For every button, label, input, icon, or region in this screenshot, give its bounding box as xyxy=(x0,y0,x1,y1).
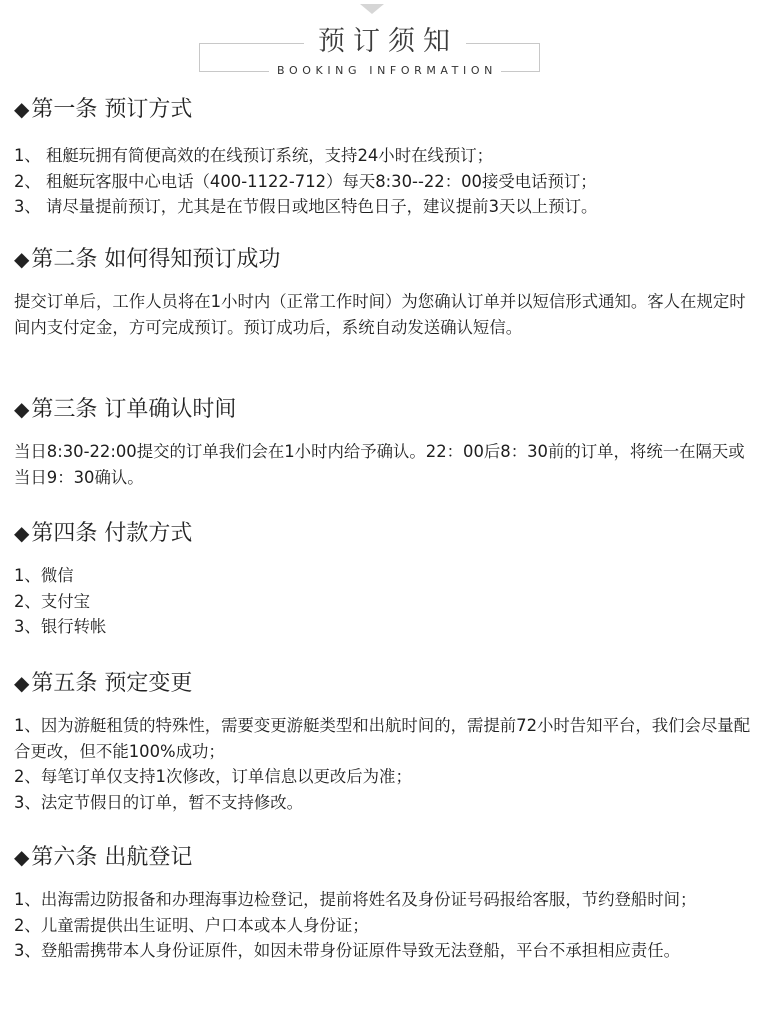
section-body: 提交订单后，工作人员将在1小时内（正常工作时间）为您确认订单并以短信形式通知。客… xyxy=(14,289,760,340)
paragraph: 提交订单后，工作人员将在1小时内（正常工作时间）为您确认订单并以短信形式通知。客… xyxy=(14,289,760,340)
list-item: 2、儿童需提供出生证明、户口本或本人身份证； xyxy=(14,913,760,939)
section-order-confirm-time: ◆第三条 订单确认时间 当日8:30-22:00提交的订单我们会在1小时内给予确… xyxy=(14,394,760,490)
page-subtitle: BOOKING INFORMATION xyxy=(0,64,770,78)
section-title: ◆第一条 预订方式 xyxy=(14,94,760,125)
section-title: ◆第六条 出航登记 xyxy=(14,842,760,873)
section-title-text: 第五条 预定变更 xyxy=(31,671,192,696)
list-item: 3、登船需携带本人身份证原件，如因未带身份证原件导致无法登船，平台不承担相应责任… xyxy=(14,938,760,964)
section-departure-registration: ◆第六条 出航登记 1、出海需边防报备和办理海事边检登记，提前将姓名及身份证号码… xyxy=(14,842,760,964)
diamond-bullet-icon: ◆ xyxy=(14,845,29,869)
section-title: ◆第四条 付款方式 xyxy=(14,518,760,549)
diamond-bullet-icon: ◆ xyxy=(14,97,29,121)
list-item: 1、出海需边防报备和办理海事边检登记，提前将姓名及身份证号码报给客服，节约登船时… xyxy=(14,887,760,913)
section-booking-changes: ◆第五条 预定变更 1、因为游艇租赁的特殊性，需要变更游艇类型和出航时间的，需提… xyxy=(14,668,760,815)
paragraph: 当日8:30-22:00提交的订单我们会在1小时内给予确认。22：00后8：30… xyxy=(14,439,760,490)
section-body: 1、 租艇玩拥有简便高效的在线预订系统，支持24小时在线预订； 2、 租艇玩客服… xyxy=(14,143,760,220)
section-payment-methods: ◆第四条 付款方式 1、微信 2、支付宝 3、银行转帐 xyxy=(14,518,760,640)
section-title-text: 第四条 付款方式 xyxy=(31,521,192,546)
diamond-bullet-icon: ◆ xyxy=(14,521,29,545)
section-title: ◆第五条 预定变更 xyxy=(14,668,760,699)
section-title-text: 第三条 订单确认时间 xyxy=(31,397,236,422)
list-item: 1、微信 xyxy=(14,563,760,589)
section-title-text: 第一条 预订方式 xyxy=(31,97,192,122)
list-item: 3、法定节假日的订单，暂不支持修改。 xyxy=(14,790,760,816)
section-body: 1、因为游艇租赁的特殊性，需要变更游艇类型和出航时间的，需提前72小时告知平台，… xyxy=(14,713,760,815)
list-item: 3、银行转帐 xyxy=(14,614,760,640)
page-subtitle-text: BOOKING INFORMATION xyxy=(269,64,501,77)
list-item: 2、每笔订单仅支持1次修改，订单信息以更改后为准； xyxy=(14,764,760,790)
section-body: 当日8:30-22:00提交的订单我们会在1小时内给予确认。22：00后8：30… xyxy=(14,439,760,490)
section-body: 1、微信 2、支付宝 3、银行转帐 xyxy=(14,563,760,640)
list-item: 1、因为游艇租赁的特殊性，需要变更游艇类型和出航时间的，需提前72小时告知平台，… xyxy=(14,713,760,764)
section-title-text: 第六条 出航登记 xyxy=(31,845,192,870)
section-title: ◆第二条 如何得知预订成功 xyxy=(14,244,760,275)
section-title: ◆第三条 订单确认时间 xyxy=(14,394,760,425)
page-title: 预订须知 xyxy=(0,24,770,60)
list-item: 2、 租艇玩客服中心电话（400-1122-712）每天8:30--22：00接… xyxy=(14,169,760,195)
section-booking-confirmation: ◆第二条 如何得知预订成功 提交订单后，工作人员将在1小时内（正常工作时间）为您… xyxy=(14,244,760,340)
section-title-text: 第二条 如何得知预订成功 xyxy=(31,247,280,272)
section-booking-method: ◆第一条 预订方式 1、 租艇玩拥有简便高效的在线预订系统，支持24小时在线预订… xyxy=(14,94,760,220)
page-title-text: 预订须知 xyxy=(304,26,466,57)
diamond-bullet-icon: ◆ xyxy=(14,397,29,421)
list-item: 3、 请尽量提前预订，尤其是在节假日或地区特色日子，建议提前3天以上预订。 xyxy=(14,194,760,220)
diamond-bullet-icon: ◆ xyxy=(14,247,29,271)
booking-info-header: 预订须知 BOOKING INFORMATION xyxy=(0,0,770,88)
list-item: 2、支付宝 xyxy=(14,589,760,615)
section-body: 1、出海需边防报备和办理海事边检登记，提前将姓名及身份证号码报给客服，节约登船时… xyxy=(14,887,760,964)
diamond-bullet-icon: ◆ xyxy=(14,671,29,695)
list-item: 1、 租艇玩拥有简便高效的在线预订系统，支持24小时在线预订； xyxy=(14,143,760,169)
down-triangle-icon xyxy=(360,4,384,14)
